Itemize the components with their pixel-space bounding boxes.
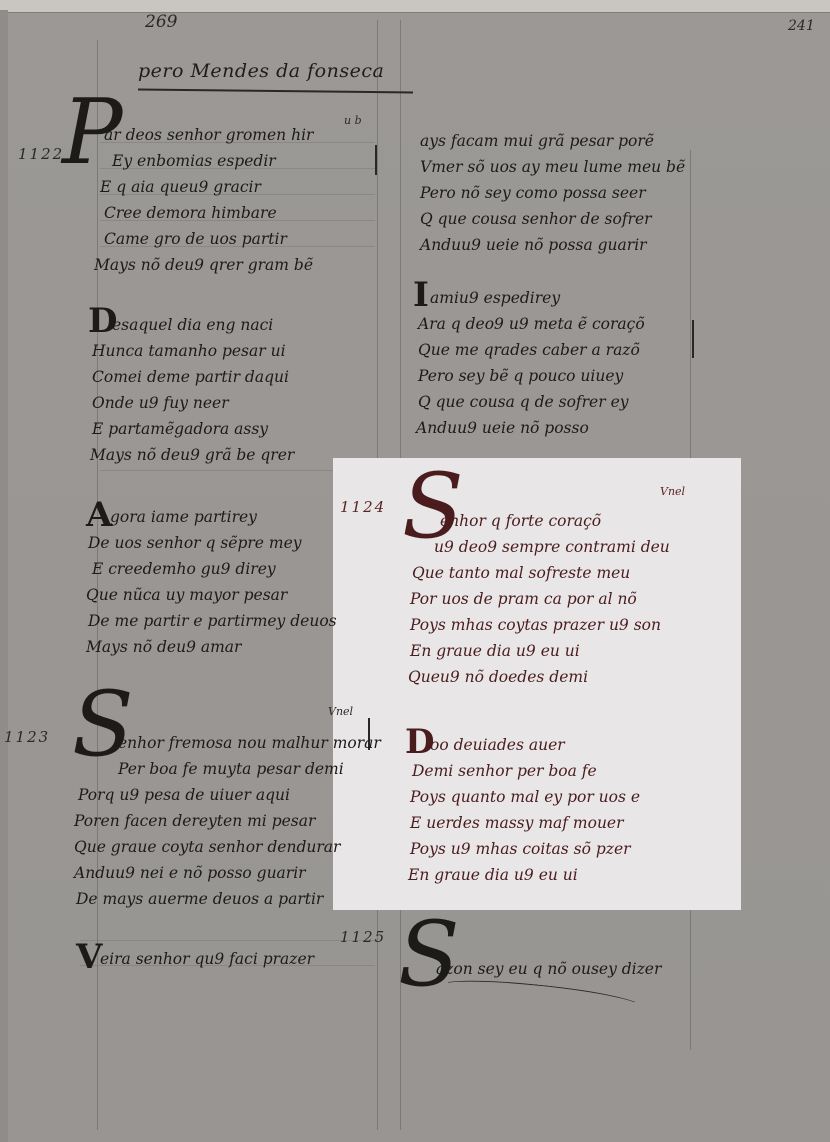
verse-line: E q aia queu9 gracir [100, 174, 313, 200]
verse-line: Queu9 nõ doedes demi [408, 664, 670, 690]
ruling-line [80, 940, 375, 941]
verse-line: Pero sey bẽ q pouco uiuey [418, 363, 645, 389]
verse-line: Por uos de pram ca por al nõ [410, 586, 670, 612]
verse-line: De mays auerme deuos a partir [76, 886, 381, 912]
stanza: eira senhor qu9 faci prazer [100, 946, 314, 972]
verse-line: Porq u9 pesa de uiuer aqui [78, 782, 381, 808]
verse-line: Ara q deo9 u9 meta ẽ coraçõ [418, 311, 645, 337]
refrain-bracket [375, 145, 377, 175]
verse-line: oo deuiades auer [430, 732, 640, 758]
verse-line: Q que cousa senhor de sofrer [420, 206, 685, 232]
page-left-edge [0, 10, 8, 1142]
verse-line: Mays nõ deu9 qrer gram bẽ [94, 252, 313, 278]
verse-line: Demi senhor per boa fe [412, 758, 640, 784]
stanza: amiu9 espedirey Ara q deo9 u9 meta ẽ cor… [430, 285, 645, 441]
verse-line: Poren facen dereyten mi pesar [74, 808, 381, 834]
verse-line: Mays nõ deu9 grã be qrer [90, 442, 294, 468]
stanza: esaquel dia eng naci Hunca tamanho pesar… [112, 312, 294, 468]
verse-line: De uos senhor q sẽpre mey [88, 530, 337, 556]
verse-line: En graue dia u9 eu ui [408, 862, 640, 888]
initial-letter: A [86, 498, 112, 532]
stanza: ays facam mui grã pesar porẽ Vmer sõ uos… [420, 128, 685, 258]
verse-line: Que nũca uy mayor pesar [86, 582, 337, 608]
margin-annotation: u b [344, 114, 362, 127]
page-top-edge [0, 0, 830, 13]
verse-line: Per boa fe muyta pesar demi [118, 756, 381, 782]
stanza: enhor fremosa nou malhur morar Per boa f… [118, 730, 381, 912]
verse-line: enhor q forte coraçõ [440, 508, 670, 534]
verse-line: Que me qrades caber a razõ [418, 337, 645, 363]
verse-line: eira senhor qu9 faci prazer [100, 946, 314, 972]
heading-underline [138, 89, 413, 94]
verse-line: Poys mhas coytas prazer u9 son [410, 612, 670, 638]
margin-annotation: Vnel [660, 485, 685, 498]
stanza: ar deos senhor gromen hir Ey enbomias es… [104, 122, 313, 278]
verse-line: esaquel dia eng naci [112, 312, 294, 338]
stanza: azon sey eu q nõ ousey dizer [436, 956, 661, 982]
verse-line: ays facam mui grã pesar porẽ [420, 128, 685, 154]
stanza: gora iame partirey De uos senhor q sẽpre… [110, 504, 337, 660]
poem-number: 1123 [4, 728, 50, 746]
folio-number-left: 269 [145, 12, 177, 32]
verse-line: Mays nõ deu9 amar [86, 634, 337, 660]
verse-line: Anduu9 nei e nõ posso guarir [74, 860, 381, 886]
author-heading: pero Mendes da fonseca [138, 60, 384, 82]
verse-line: Que tanto mal sofreste meu [412, 560, 670, 586]
initial-letter: V [76, 940, 102, 974]
stanza: enhor q forte coraçõ u9 deo9 sempre cont… [440, 508, 670, 690]
verse-line: Q que cousa q de sofrer ey [418, 389, 645, 415]
verse-line: Comei deme partir daqui [92, 364, 294, 390]
verse-line: Pero nõ sey como possa seer [420, 180, 685, 206]
verse-line: Poys u9 mhas coitas sõ pzer [410, 836, 640, 862]
poem-number: 1125 [340, 928, 386, 946]
verse-line: Anduu9 ueie nõ possa guarir [420, 232, 685, 258]
poem-number: 1124 [340, 498, 386, 516]
initial-letter: I [413, 278, 429, 312]
verse-line: E uerdes massy maf mouer [410, 810, 640, 836]
margin-annotation: Vnel [328, 705, 353, 718]
stanza: oo deuiades auer Demi senhor per boa fe … [430, 732, 640, 888]
verse-line: Cree demora himbare [104, 200, 313, 226]
refrain-bracket [692, 320, 694, 358]
verse-line: amiu9 espedirey [430, 285, 645, 311]
verse-line: u9 deo9 sempre contrami deu [434, 534, 670, 560]
manuscript-page: 269 241 pero Mendes da fonseca u b Vnel … [0, 0, 830, 1142]
verse-line: Onde u9 fuy neer [92, 390, 294, 416]
folio-number-right: 241 [788, 18, 815, 34]
verse-line: Hunca tamanho pesar ui [92, 338, 294, 364]
verse-line: Poys quanto mal ey por uos e [410, 784, 640, 810]
verse-line: En graue dia u9 eu ui [410, 638, 670, 664]
poem-number: 1122 [18, 145, 64, 163]
verse-line: gora iame partirey [110, 504, 337, 530]
verse-line: ar deos senhor gromen hir [104, 122, 313, 148]
verse-line: De me partir e partirmey deuos [88, 608, 337, 634]
verse-line: Que graue coyta senhor dendurar [74, 834, 381, 860]
verse-line: Came gro de uos partir [104, 226, 313, 252]
verse-line: Anduu9 ueie nõ posso [416, 415, 645, 441]
verse-line: E partamẽgadora assy [92, 416, 294, 442]
verse-line: azon sey eu q nõ ousey dizer [436, 956, 661, 982]
verse-line: Vmer sõ uos ay meu lume meu bẽ [420, 154, 685, 180]
verse-line: E creedemho gu9 direy [92, 556, 337, 582]
verse-line: Ey enbomias espedir [104, 148, 313, 174]
verse-line: enhor fremosa nou malhur morar [118, 730, 381, 756]
